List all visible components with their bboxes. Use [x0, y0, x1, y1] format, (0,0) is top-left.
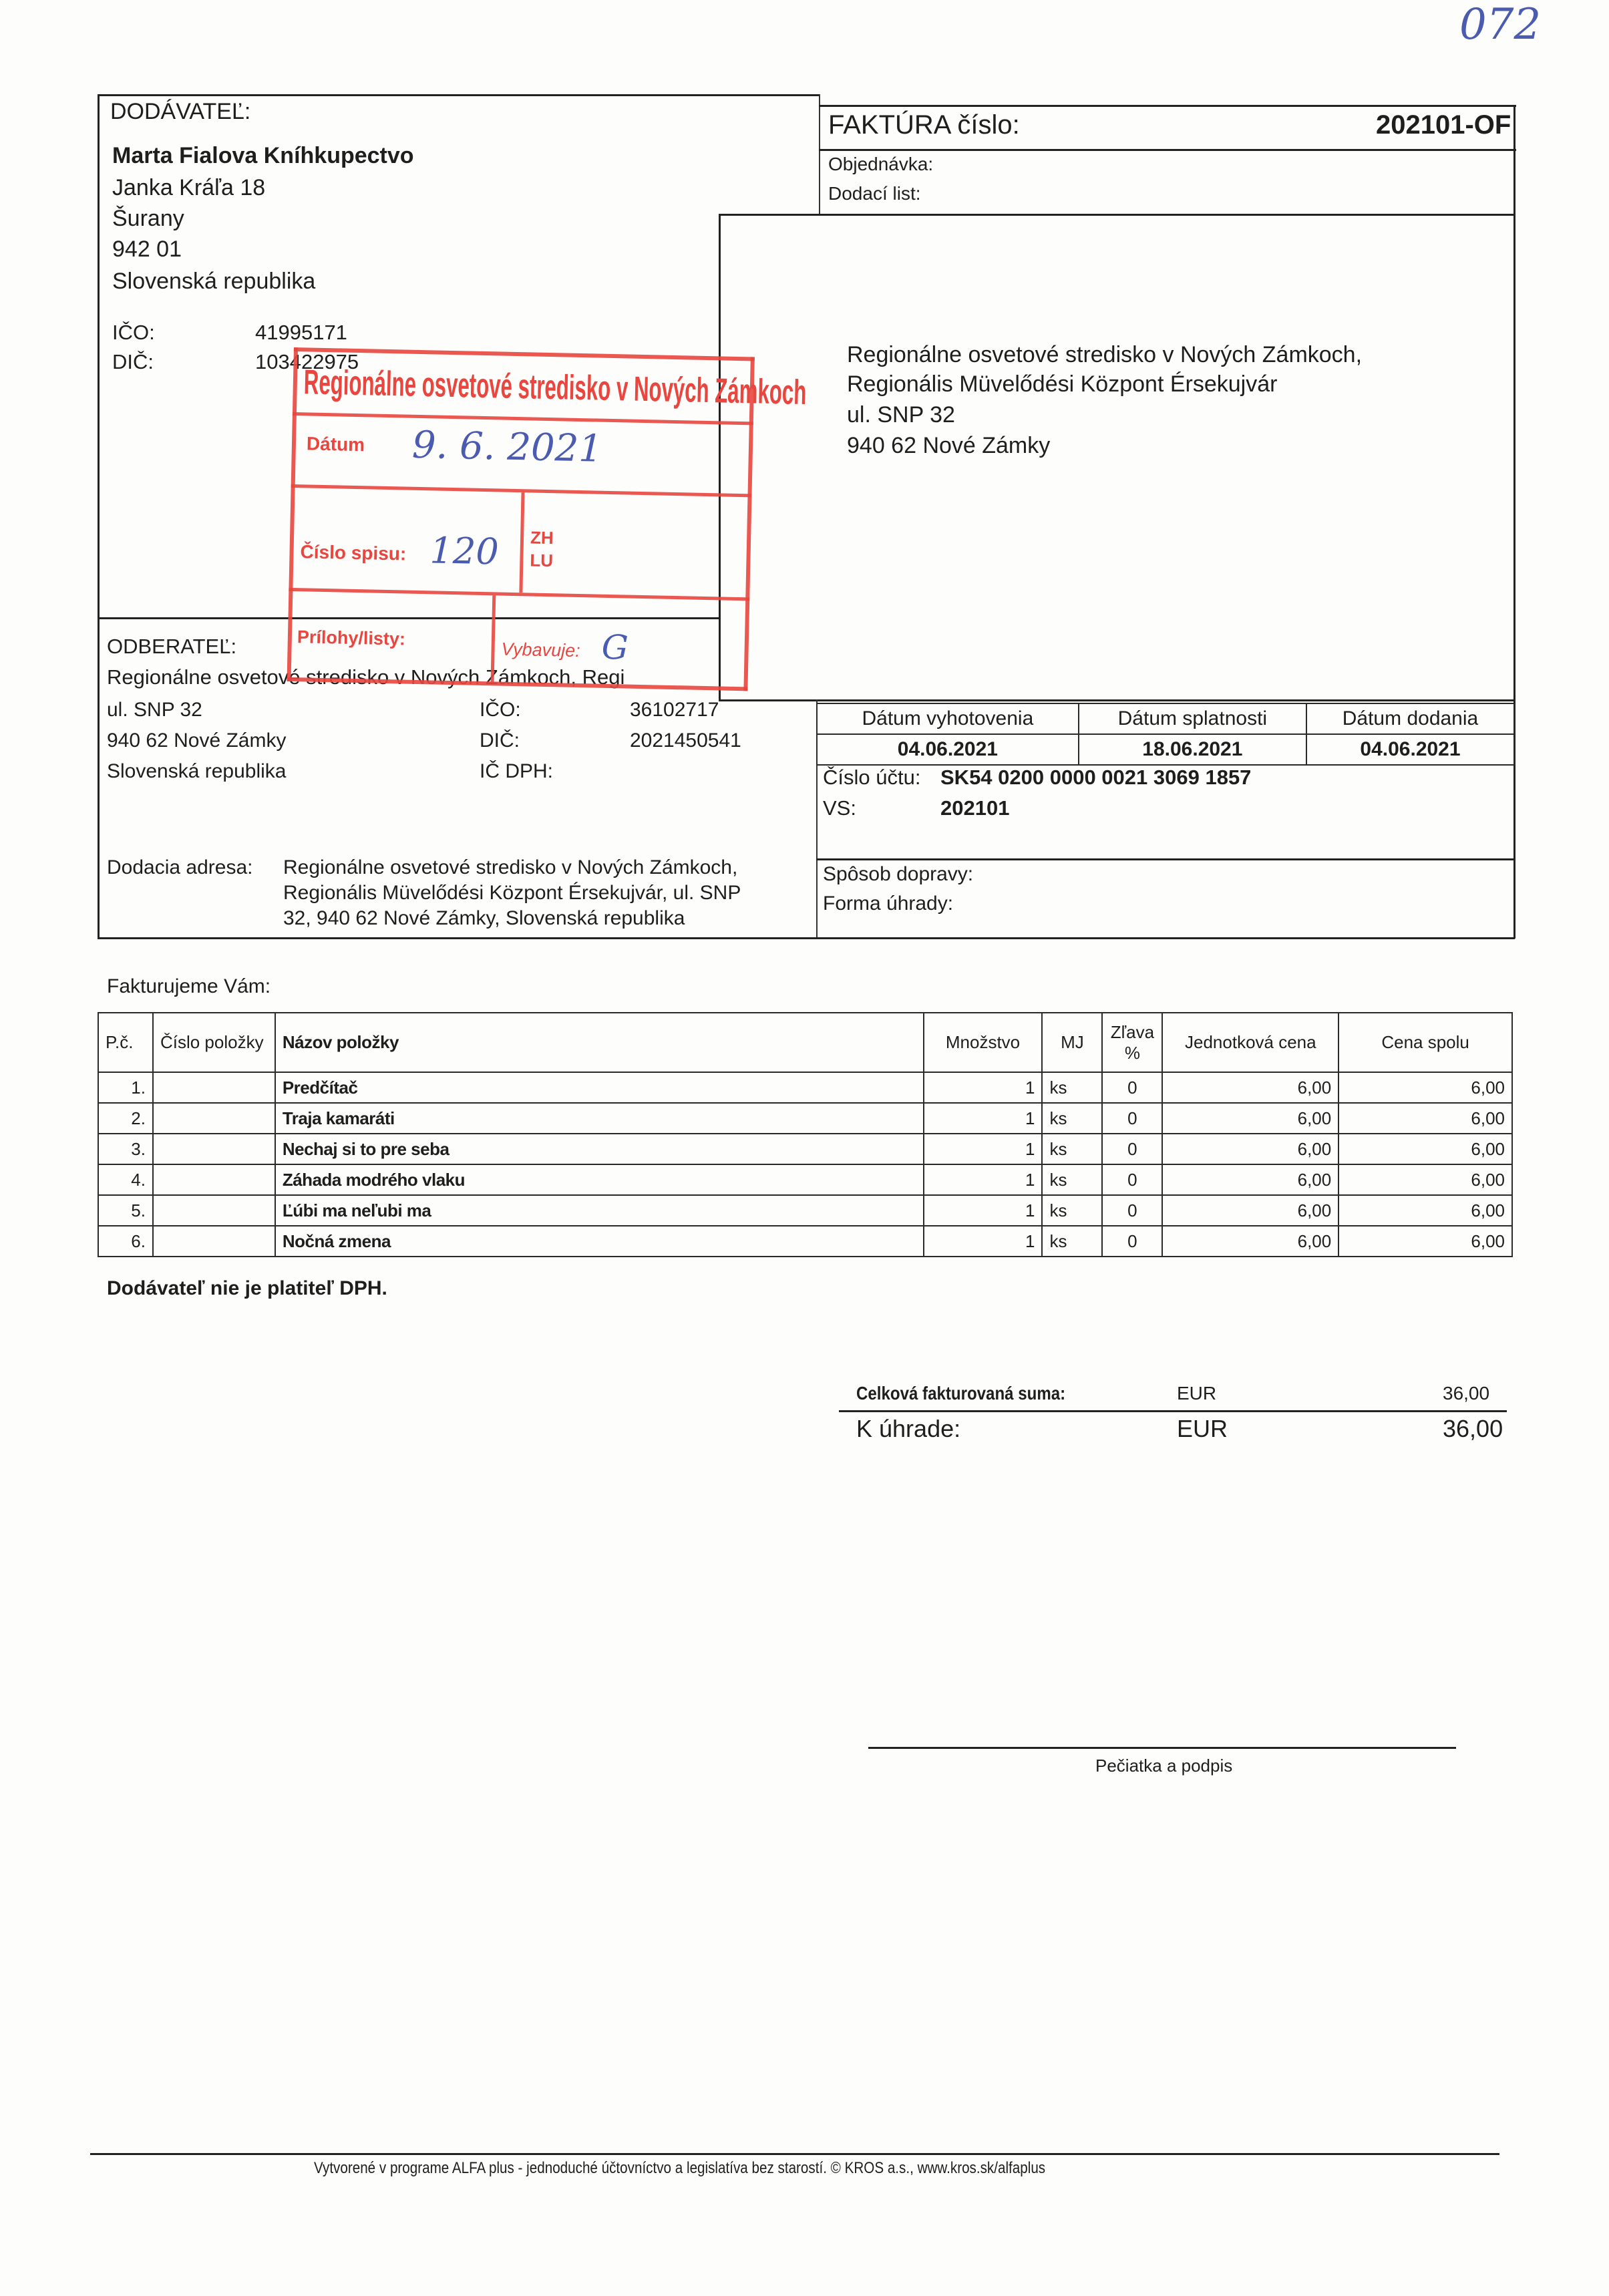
footer-line [90, 2153, 1499, 2155]
invoiced-total-amount: 36,00 [1443, 1383, 1489, 1404]
item-discount: 0 [1102, 1134, 1162, 1164]
customer-country: Slovenská republika [107, 760, 287, 783]
item-name: Traja kamaráti [275, 1103, 924, 1134]
supplier-right-line [819, 94, 820, 214]
col-qty: Množstvo [924, 1013, 1043, 1072]
row-number: 3. [98, 1134, 153, 1164]
stamp-org: Regionálne osvetové stredisko v Nových Z… [303, 362, 807, 413]
customer-ico-label: IČO: [480, 699, 521, 721]
row-number: 2. [98, 1103, 153, 1134]
vs-value: 202101 [940, 796, 1009, 820]
stamp-lu: LU [530, 550, 553, 571]
customer-street: ul. SNP 32 [107, 699, 202, 721]
item-code [153, 1103, 275, 1134]
item-total: 6,00 [1338, 1072, 1512, 1103]
supplier-ico-label: IČO: [112, 321, 155, 345]
item-unit: ks [1042, 1226, 1102, 1257]
invoiced-total-label: Celková fakturovaná suma: [856, 1383, 1065, 1404]
customer-icdph-label: IČ DPH: [480, 760, 553, 783]
item-unit: ks [1042, 1134, 1102, 1164]
col-unit: MJ [1042, 1013, 1102, 1072]
customer-heading: ODBERATEĽ: [107, 635, 236, 659]
footer-credit: Vytvorené v programe ALFA plus - jednodu… [314, 2159, 1045, 2178]
item-unit: ks [1042, 1164, 1102, 1195]
col-total: Cena spolu [1338, 1013, 1512, 1072]
handwritten-page-number: 072 [1459, 0, 1541, 49]
signature-label: Pečiatka a podpis [1095, 1756, 1232, 1776]
supplier-name: Marta Fialova Kníhkupectvo [112, 143, 414, 169]
invoice-box-right [1513, 105, 1515, 939]
item-total: 6,00 [1338, 1195, 1512, 1226]
amount-due-currency: EUR [1177, 1415, 1228, 1443]
stamp-file-no-label: Číslo spisu: [300, 541, 406, 564]
vs-label: VS: [823, 796, 856, 820]
item-qty: 1 [924, 1103, 1043, 1134]
col-discount: Zľava % [1102, 1013, 1162, 1072]
item-qty: 1 [924, 1226, 1043, 1257]
item-code [153, 1195, 275, 1226]
transport-label: Spôsob dopravy: [823, 863, 973, 886]
item-unit-price: 6,00 [1162, 1195, 1338, 1226]
table-row: 3.Nechaj si to pre seba1ks06,006,00 [98, 1134, 1512, 1164]
supplier-city: Šurany [112, 206, 184, 232]
recipient-line-1: Regionálne osvetové stredisko v Nových Z… [847, 342, 1362, 368]
supplier-zip: 942 01 [112, 236, 182, 263]
stamp-handled-by-label: Vybavuje: [501, 639, 580, 661]
item-unit: ks [1042, 1072, 1102, 1103]
item-name: Nechaj si to pre seba [275, 1134, 924, 1164]
item-total: 6,00 [1338, 1226, 1512, 1257]
payment-form-label: Forma úhrady: [823, 892, 953, 915]
payment-bottom-line [816, 858, 1515, 860]
stamp-handled-by-value: G [601, 628, 629, 667]
invoiced-total-currency: EUR [1177, 1383, 1216, 1404]
stamp-file-no-value: 120 [429, 529, 499, 572]
recipient-line-2: Regionális Müvelődési Központ Érsekujvár [847, 371, 1277, 397]
invoice-box-mid [819, 149, 1516, 151]
delivery-address-label: Dodacia adresa: [107, 856, 252, 879]
item-qty: 1 [924, 1195, 1043, 1226]
col-name: Názov položky [275, 1013, 924, 1072]
item-code [153, 1072, 275, 1103]
supplier-street: Janka Kráľa 18 [112, 175, 265, 201]
amount-due-label: K úhrade: [856, 1415, 960, 1443]
table-row: 1.Predčítač1ks06,006,00 [98, 1072, 1512, 1103]
date-issued-header: Dátum vyhotovenia [817, 703, 1079, 734]
col-code: Číslo položky [153, 1013, 275, 1072]
item-code [153, 1226, 275, 1257]
item-code [153, 1134, 275, 1164]
table-row: 6.Nočná zmena1ks06,006,00 [98, 1226, 1512, 1257]
customer-city: 940 62 Nové Zámky [107, 729, 286, 752]
signature-line [868, 1747, 1456, 1749]
table-row: 5.Ľúbi ma neľubi ma1ks06,006,00 [98, 1195, 1512, 1226]
delivery-line-2: Regionális Müvelődési Központ Érsekujvár… [283, 882, 741, 905]
dates-table: Dátum vyhotovenia Dátum splatnosti Dátum… [816, 703, 1515, 766]
delivery-note-label: Dodací list: [828, 183, 921, 204]
item-qty: 1 [924, 1072, 1043, 1103]
item-total: 6,00 [1338, 1164, 1512, 1195]
stamp-date-value: 9. 6. 2021 [411, 424, 602, 471]
invoice-box-top [819, 105, 1516, 107]
stamp-date-label: Dátum [307, 433, 365, 456]
item-name: Záhada modrého vlaku [275, 1164, 924, 1195]
amount-due-amount: 36,00 [1443, 1415, 1503, 1443]
recipient-line-4: 940 62 Nové Zámky [847, 433, 1050, 459]
invoice-title: FAKTÚRA číslo: [828, 110, 1020, 140]
item-name: Nočná zmena [275, 1226, 924, 1257]
supplier-ico: 41995171 [255, 321, 347, 345]
address-box-bottom [719, 699, 1515, 701]
item-total: 6,00 [1338, 1103, 1512, 1134]
table-row: 2.Traja kamaráti1ks06,006,00 [98, 1103, 1512, 1134]
item-unit-price: 6,00 [1162, 1072, 1338, 1103]
item-name: Predčítač [275, 1072, 924, 1103]
order-label: Objednávka: [828, 154, 933, 175]
item-unit: ks [1042, 1195, 1102, 1226]
row-number: 4. [98, 1164, 153, 1195]
item-unit-price: 6,00 [1162, 1134, 1338, 1164]
customer-dic: 2021450541 [630, 729, 741, 752]
col-unit-price: Jednotková cena [1162, 1013, 1338, 1072]
supplier-dic-label: DIČ: [112, 350, 154, 374]
items-table: P.č. Číslo položky Názov položky Množstv… [98, 1012, 1513, 1257]
address-box-top [719, 214, 1515, 216]
item-discount: 0 [1102, 1164, 1162, 1195]
date-due-header: Dátum splatnosti [1079, 703, 1306, 734]
account-label: Číslo účtu: [823, 766, 920, 790]
date-delivery-header: Dátum dodania [1306, 703, 1514, 734]
item-unit: ks [1042, 1103, 1102, 1134]
item-discount: 0 [1102, 1103, 1162, 1134]
item-discount: 0 [1102, 1226, 1162, 1257]
customer-ico: 36102717 [630, 699, 719, 721]
supplier-heading: DODÁVATEĽ: [110, 99, 250, 125]
vat-note: Dodávateľ nie je platiteľ DPH. [107, 1277, 387, 1300]
items-intro: Fakturujeme Vám: [107, 975, 271, 998]
supplier-country: Slovenská republika [112, 269, 315, 295]
delivery-line-1: Regionálne osvetové stredisko v Nových Z… [283, 856, 737, 879]
stamp-zh: ZH [530, 527, 554, 548]
totals-divider [839, 1410, 1507, 1412]
customer-dic-label: DIČ: [480, 729, 520, 752]
col-no: P.č. [98, 1013, 153, 1072]
item-qty: 1 [924, 1164, 1043, 1195]
row-number: 6. [98, 1226, 153, 1257]
registry-stamp: Regionálne osvetové stredisko v Nových Z… [287, 347, 755, 691]
item-discount: 0 [1102, 1072, 1162, 1103]
item-unit-price: 6,00 [1162, 1103, 1338, 1134]
item-code [153, 1164, 275, 1195]
delivery-line-3: 32, 940 62 Nové Zámky, Slovenská republi… [283, 907, 685, 930]
item-qty: 1 [924, 1134, 1043, 1164]
item-unit-price: 6,00 [1162, 1164, 1338, 1195]
table-row: 4.Záhada modrého vlaku1ks06,006,00 [98, 1164, 1512, 1195]
invoice-number: 202101-OF [1376, 110, 1511, 140]
frame-top-line [98, 94, 820, 96]
date-delivery-value: 04.06.2021 [1306, 734, 1514, 765]
date-issued-value: 04.06.2021 [817, 734, 1079, 765]
account-number: SK54 0200 0000 0021 3069 1857 [940, 766, 1251, 790]
row-number: 1. [98, 1072, 153, 1103]
item-name: Ľúbi ma neľubi ma [275, 1195, 924, 1226]
recipient-line-3: ul. SNP 32 [847, 402, 955, 428]
item-unit-price: 6,00 [1162, 1226, 1338, 1257]
item-total: 6,00 [1338, 1134, 1512, 1164]
row-number: 5. [98, 1195, 153, 1226]
frame-left-line [98, 94, 100, 939]
stamp-attachments-label: Prílohy/listy: [297, 627, 406, 649]
frame-bottom-line [98, 937, 1515, 939]
date-due-value: 18.06.2021 [1079, 734, 1306, 765]
item-discount: 0 [1102, 1195, 1162, 1226]
items-header-row: P.č. Číslo položky Názov položky Množstv… [98, 1013, 1512, 1072]
